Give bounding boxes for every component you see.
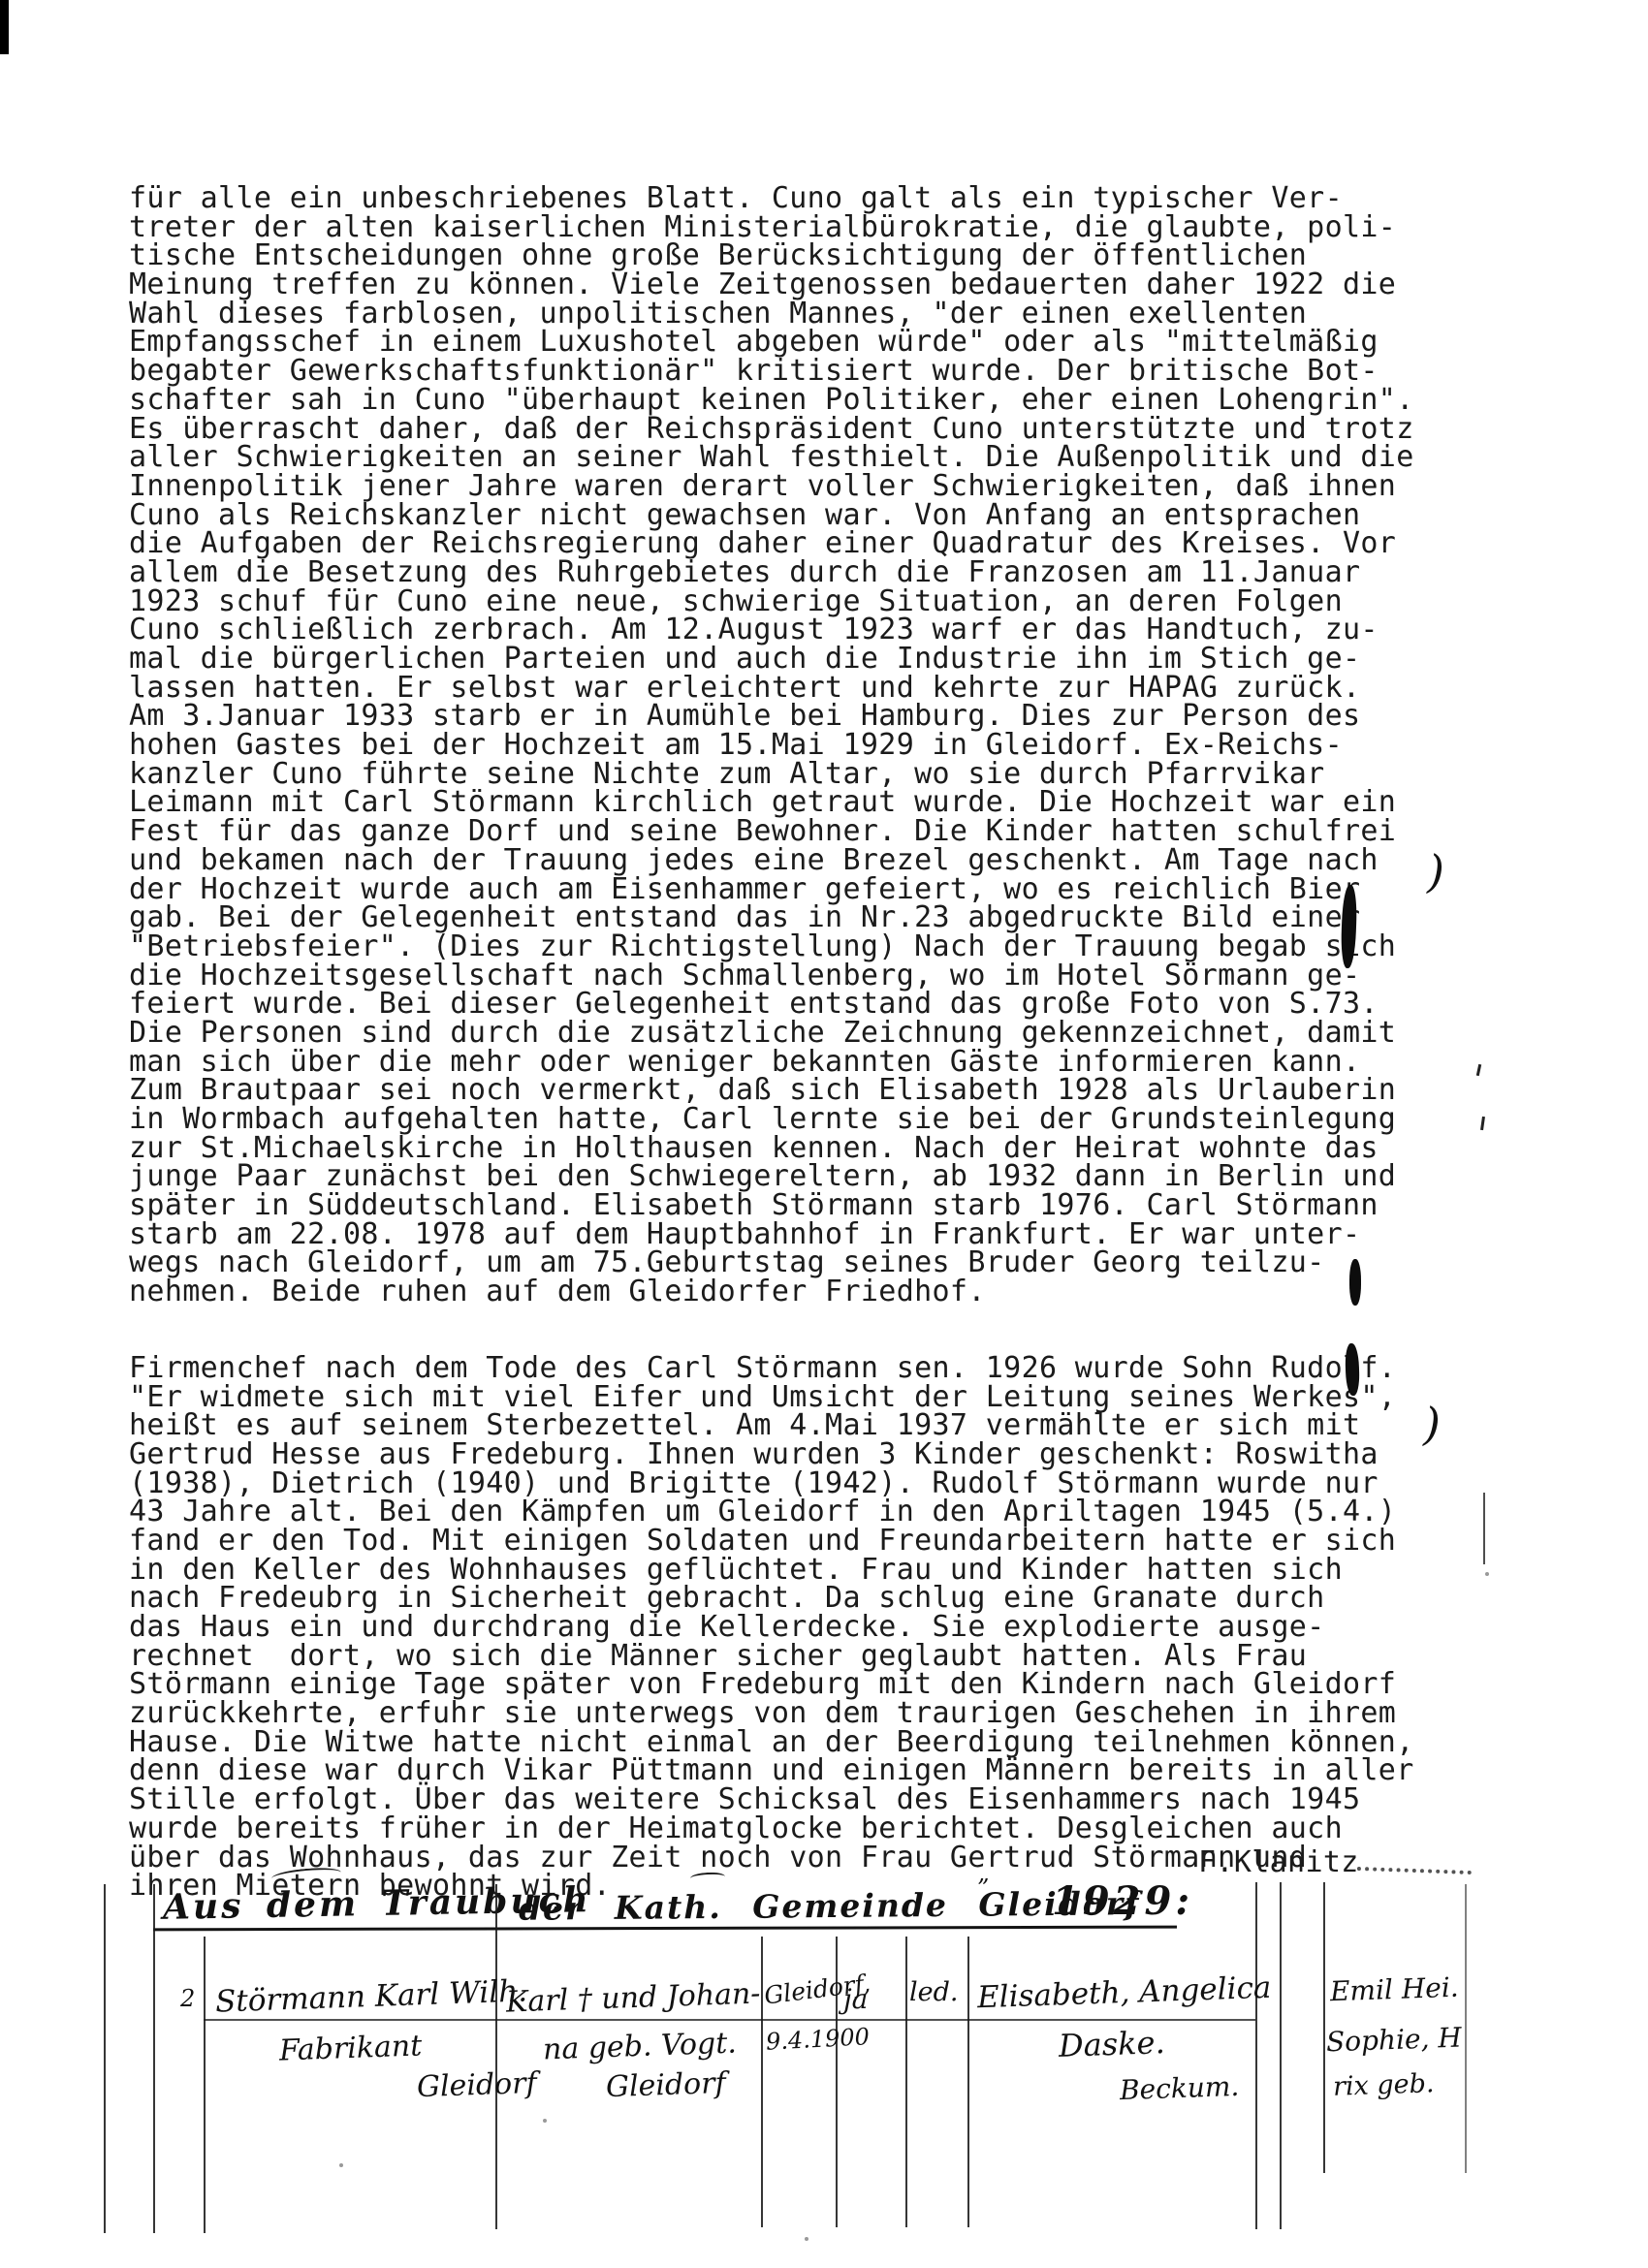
scan-speck xyxy=(339,2163,343,2167)
parents-line-1: Karl † und Johan- xyxy=(505,1976,761,2019)
heading-underline xyxy=(153,1926,1177,1932)
table-rule xyxy=(1255,1882,1257,2229)
bride-name: Elisabeth, Angelica xyxy=(976,1970,1271,2016)
traubuch-heading-part2: der Kath. Gemeinde Gleidorf xyxy=(519,1884,1141,1928)
scan-speck xyxy=(805,2237,808,2241)
text-line: Es überrascht daher, daß der Reichspräsi… xyxy=(129,415,1505,444)
text-line: feiert wurde. Bei dieser Gelegenheit ent… xyxy=(129,990,1505,1019)
typed-text-block: für alle ein unbeschriebenes Blatt. Cuno… xyxy=(129,184,1505,1901)
paragraph-cuno-history: für alle ein unbeschriebenes Blatt. Cuno… xyxy=(129,184,1505,1307)
text-line: wegs nach Gleidorf, um am 75.Geburtstag … xyxy=(129,1248,1505,1277)
text-line: Die Personen sind durch die zusätzliche … xyxy=(129,1019,1505,1048)
margin-paren-mark: ) xyxy=(1427,845,1444,898)
consent-entry: ja xyxy=(843,1983,868,2015)
author-signature: F.Klanitz xyxy=(1198,1845,1359,1879)
groom-residence: Gleidorf xyxy=(416,2066,537,2104)
parents-residence: Gleidorf xyxy=(605,2066,726,2104)
paragraph-gap xyxy=(129,1307,1505,1354)
text-line: der Hochzeit wurde auch am Eisenhammer g… xyxy=(129,875,1505,904)
text-line: denn diese war durch Vikar Püttmann und … xyxy=(129,1756,1505,1785)
text-line: Zum Brautpaar sei noch vermerkt, daß sic… xyxy=(129,1076,1505,1105)
text-line: später in Süddeutschland. Elisabeth Stör… xyxy=(129,1191,1505,1220)
text-line: man sich über die mehr oder weniger beka… xyxy=(129,1048,1505,1077)
parents-line-2: na geb. Vogt. xyxy=(542,2027,737,2067)
text-line: "Betriebsfeier". (Dies zur Richtigstellu… xyxy=(129,932,1505,961)
text-line: Empfangsschef in einem Luxushotel abgebe… xyxy=(129,328,1505,357)
text-line: Wahl dieses farblosen, unpolitischen Man… xyxy=(129,299,1505,329)
witness-line-2: Sophie, H xyxy=(1325,2022,1462,2059)
table-rule xyxy=(967,1937,969,2227)
scan-edge-artifact xyxy=(0,0,9,54)
text-line: Innenpolitik jener Jahre waren derart vo… xyxy=(129,472,1505,501)
text-line: Stille erfolgt. Über das weitere Schicks… xyxy=(129,1785,1505,1814)
text-line: Fest für das ganze Dorf und seine Bewohn… xyxy=(129,817,1505,846)
text-line: Meinung treffen zu können. Viele Zeitgen… xyxy=(129,270,1505,299)
text-line: allem die Besetzung des Ruhrgebietes dur… xyxy=(129,558,1505,587)
groom-name: Störmann Karl Wilh. xyxy=(214,1973,527,2019)
table-rule xyxy=(495,1884,497,2229)
row-number: 2 xyxy=(180,1985,195,2012)
witness-line-3: rix geb. xyxy=(1332,2068,1435,2102)
text-line: begabter Gewerkschaftsfunktionär" kritis… xyxy=(129,357,1505,386)
text-line: Leimann mit Carl Störmann kirchlich getr… xyxy=(129,788,1505,817)
text-line: rechnet dort, wo sich die Männer sicher … xyxy=(129,1642,1505,1671)
groom-occupation: Fabrikant xyxy=(278,2029,422,2067)
text-line: und bekamen nach der Trauung jedes eine … xyxy=(129,846,1505,875)
pen-dot xyxy=(1485,1572,1489,1576)
text-line: Hause. Die Witwe hatte nicht einmal an d… xyxy=(129,1728,1505,1757)
text-line: 1923 schuf für Cuno eine neue, schwierig… xyxy=(129,587,1505,616)
text-line: Störmann einige Tage später von Fredebur… xyxy=(129,1670,1505,1699)
bride-surname: Daske. xyxy=(1058,2024,1165,2064)
text-line: zurückkehrte, erfuhr sie unterwegs von d… xyxy=(129,1699,1505,1728)
text-line: für alle ein unbeschriebenes Blatt. Cuno… xyxy=(129,184,1505,213)
text-line: fand er den Tod. Mit einigen Soldaten un… xyxy=(129,1527,1505,1556)
text-line: "Er widmete sich mit viel Eifer und Umsi… xyxy=(129,1383,1505,1412)
text-line: nehmen. Beide ruhen auf dem Gleidorfer F… xyxy=(129,1277,1505,1307)
register-baseline-rule xyxy=(204,2019,1255,2021)
text-line: schafter sah in Cuno "überhaupt keinen P… xyxy=(129,386,1505,415)
text-line: kanzler Cuno führte seine Nichte zum Alt… xyxy=(129,760,1505,789)
pen-stroke xyxy=(1483,1493,1485,1564)
text-line: heißt es auf seinem Sterbezettel. Am 4.M… xyxy=(129,1411,1505,1440)
birth-date: 9.4.1900 xyxy=(765,2023,870,2056)
paragraph-firmenchef: Firmenchef nach dem Tode des Carl Störma… xyxy=(129,1354,1505,1872)
text-line: die Aufgaben der Reichsregierung daher e… xyxy=(129,529,1505,558)
table-border-right xyxy=(1465,1884,1467,2173)
text-line: mal die bürgerlichen Parteien und auch d… xyxy=(129,645,1505,674)
text-line: Cuno als Reichskanzler nicht gewachsen w… xyxy=(129,501,1505,530)
text-line: tische Entscheidungen ohne große Berücks… xyxy=(129,241,1505,270)
table-rule xyxy=(1280,1882,1282,2229)
scan-speck xyxy=(543,2119,547,2123)
table-rule xyxy=(905,1937,907,2227)
table-rule xyxy=(761,1937,763,2227)
text-line: Gertrud Hesse aus Fredeburg. Ihnen wurde… xyxy=(129,1440,1505,1469)
table-border-left xyxy=(104,1884,106,2233)
margin-paren-mark: ) xyxy=(1423,1398,1441,1450)
text-line: in den Keller des Wohnhauses geflüchtet.… xyxy=(129,1556,1505,1585)
table-rule xyxy=(153,1884,155,2233)
text-line: zur St.Michaelskirche in Holthausen kenn… xyxy=(129,1134,1505,1163)
table-rule xyxy=(204,1937,206,2233)
text-line: hohen Gastes bei der Hochzeit am 15.Mai … xyxy=(129,731,1505,760)
text-line: das Haus ein und durchdrang die Kellerde… xyxy=(129,1613,1505,1642)
status-entry: led. xyxy=(909,1977,958,2007)
text-line: aller Schwierigkeiten an seiner Wahl fes… xyxy=(129,443,1505,472)
text-line: Firmenchef nach dem Tode des Carl Störma… xyxy=(129,1354,1505,1383)
traubuch-heading-year: 1929: xyxy=(1052,1878,1193,1924)
insertion-mark: ” xyxy=(977,1874,989,1902)
text-line: wurde bereits früher in der Heimatglocke… xyxy=(129,1814,1505,1843)
bride-place: Beckum. xyxy=(1119,2070,1239,2106)
text-line: nach Fredeubrg in Sicherheit gebracht. D… xyxy=(129,1584,1505,1613)
text-line: 43 Jahre alt. Bei den Kämpfen um Gleidor… xyxy=(129,1497,1505,1527)
text-line: lassen hatten. Er selbst war erleichtert… xyxy=(129,674,1505,703)
text-line: (1938), Dietrich (1940) und Brigitte (19… xyxy=(129,1469,1505,1498)
ink-smudge xyxy=(1349,1259,1361,1306)
text-line: starb am 22.08. 1978 auf dem Hauptbahnho… xyxy=(129,1220,1505,1249)
text-line: in Wormbach aufgehalten hatte, Carl lern… xyxy=(129,1105,1505,1134)
text-line: die Hochzeitsgesellschaft nach Schmallen… xyxy=(129,961,1505,991)
text-line: gab. Bei der Gelegenheit entstand das in… xyxy=(129,903,1505,932)
text-line: Cuno schließlich zerbrach. Am 12.August … xyxy=(129,615,1505,645)
text-line: treter der alten kaiserlichen Ministeria… xyxy=(129,213,1505,242)
witness-line-1: Emil Hei. xyxy=(1329,1971,1459,2008)
text-line: junge Paar zunächst bei den Schwiegerelt… xyxy=(129,1162,1505,1191)
scanned-document-page: für alle ein unbeschriebenes Blatt. Cuno… xyxy=(0,0,1648,2268)
text-line: Am 3.Januar 1933 starb er in Aumühle bei… xyxy=(129,702,1505,731)
